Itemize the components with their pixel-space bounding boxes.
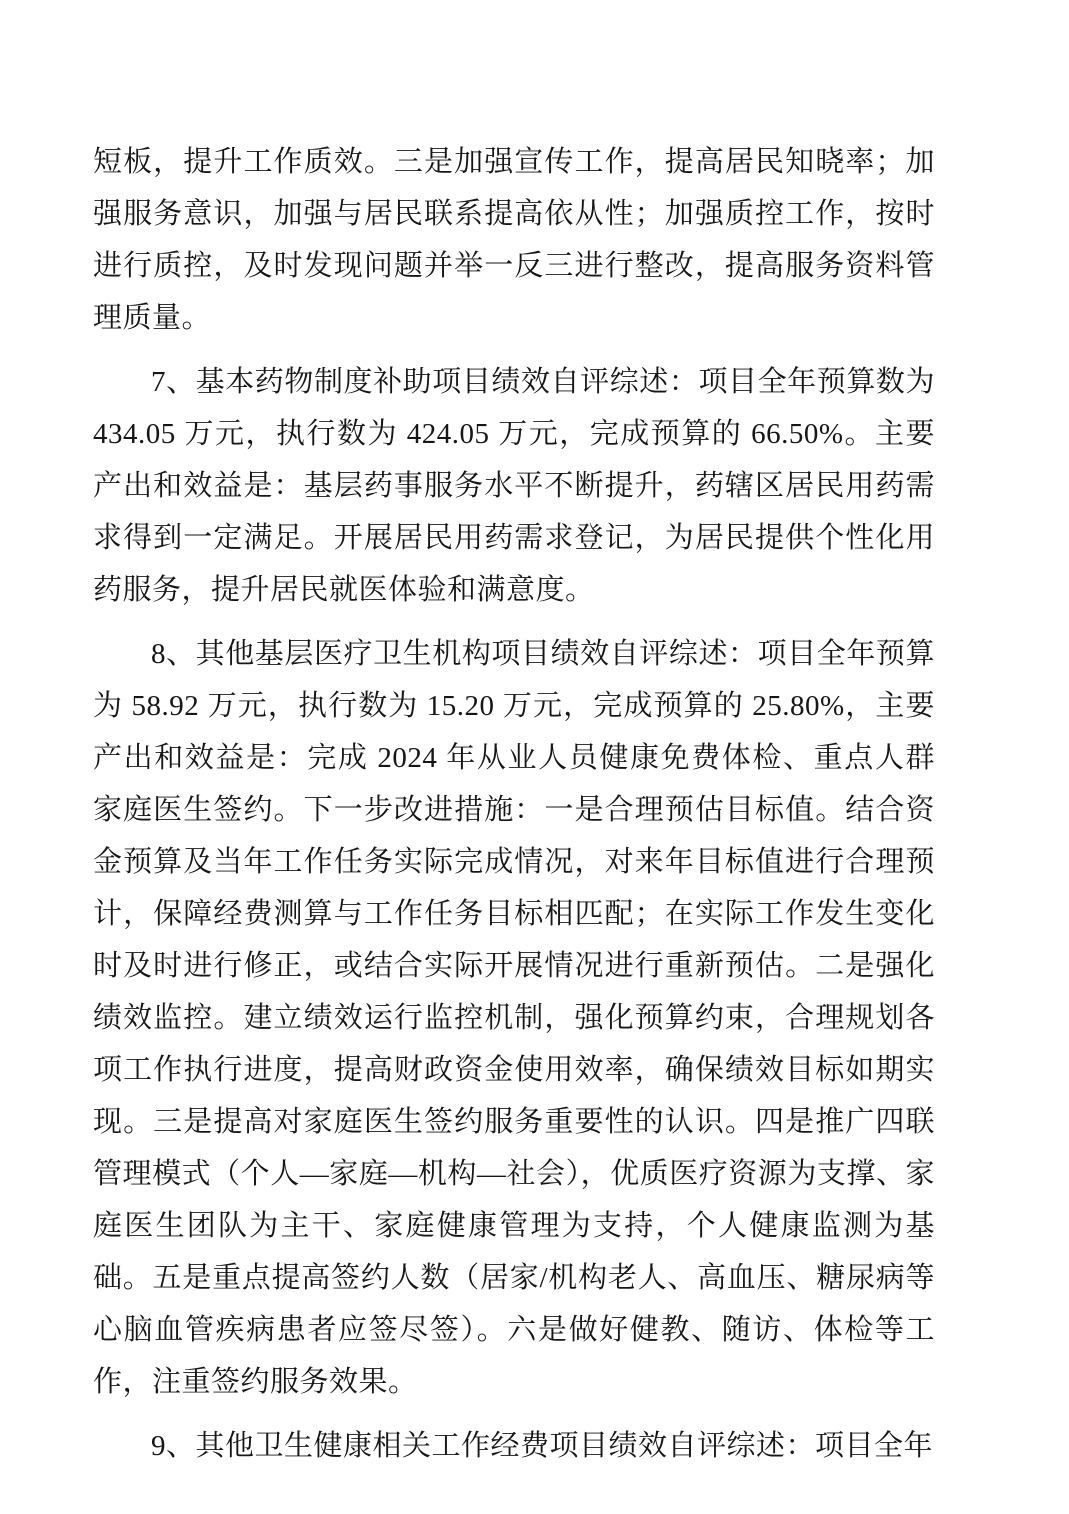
paragraph-item-9: 9、其他卫生健康相关工作经费项目绩效自评综述：项目全年 [93,1420,935,1472]
paragraph-item-7: 7、基本药物制度补助项目绩效自评综述：项目全年预算数为 434.05 万元，执行… [93,356,935,616]
paragraph-item-8: 8、其他基层医疗卫生机构项目绩效自评综述：项目全年预算为 58.92 万元，执行… [93,628,935,1408]
document-page: 短板，提升工作质效。三是加强宣传工作，提高居民知晓率；加强服务意识，加强与居民联… [0,0,1069,1514]
document-body: 短板，提升工作质效。三是加强宣传工作，提高居民知晓率；加强服务意识，加强与居民联… [93,136,935,1472]
paragraph-continuation: 短板，提升工作质效。三是加强宣传工作，提高居民知晓率；加强服务意识，加强与居民联… [93,136,935,344]
